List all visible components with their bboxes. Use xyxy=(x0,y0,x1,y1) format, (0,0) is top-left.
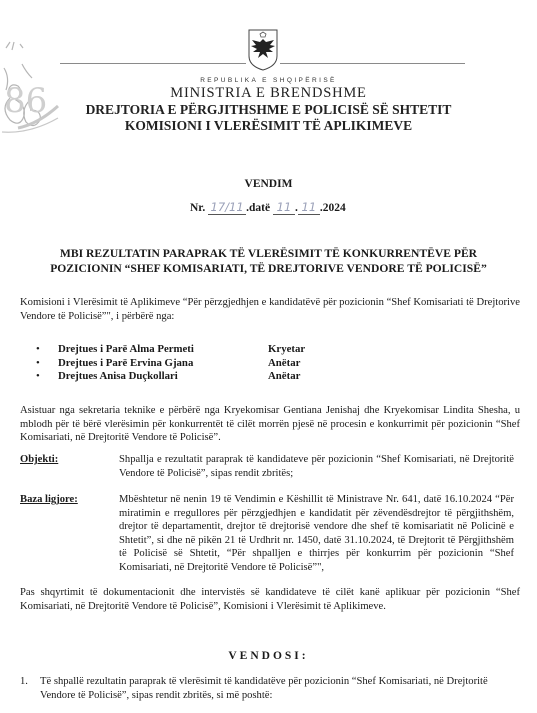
member-name: Drejtues i Parë Alma Permeti xyxy=(58,343,268,357)
member-name: Drejtues i Parë Ervina Gjana xyxy=(58,357,268,371)
decision-item-number: 1. xyxy=(20,675,40,702)
legal-basis-text: Mbështetur në nenin 19 të Vendimin e Kës… xyxy=(119,493,514,574)
assisted-paragraph: Asistuar nga sekretaria teknike e përbër… xyxy=(20,404,520,445)
letterhead-rule-right xyxy=(280,63,465,64)
letterhead-directorate: DREJTORIA E PËRGJITHSHME E POLICISË SË S… xyxy=(0,103,537,117)
decision-title: VENDIM xyxy=(0,178,537,190)
member-item: • Drejtues i Parë Alma Permeti Kryetar xyxy=(36,343,436,357)
date-label: .datë xyxy=(246,202,270,214)
legal-basis-section: Baza ligjore: Mbështetur në nenin 19 të … xyxy=(20,493,520,574)
legal-basis-label: Baza ligjore: xyxy=(20,493,119,574)
member-role: Anëtar xyxy=(268,370,300,384)
member-role: Anëtar xyxy=(268,357,300,371)
commission-members-list: • Drejtues i Parë Alma Permeti Kryetar •… xyxy=(36,343,436,384)
member-name: Drejtues Anisa Duçkollari xyxy=(58,370,268,384)
bullet-icon: • xyxy=(36,343,58,357)
bullet-icon: • xyxy=(36,370,58,384)
intro-paragraph: Komisioni i Vlerësimit të Aplikimeve “Pë… xyxy=(20,296,520,323)
letterhead-republika: REPUBLIKA E SHQIPËRISË xyxy=(0,78,537,85)
letterhead-rule-left xyxy=(60,63,246,64)
albanian-eagle-crest-icon xyxy=(247,28,279,72)
objekti-text: Shpallja e rezultatit paraprak të kandid… xyxy=(119,453,514,480)
review-paragraph: Pas shqyrtimit të dokumentacionit dhe in… xyxy=(20,586,520,613)
vendosi-heading: VENDOSI: xyxy=(0,650,537,662)
decision-item: 1. Të shpallë rezultatin paraprak të vle… xyxy=(20,675,520,702)
decision-subject: MBI REZULTATIN PARAPRAK TË VLERËSIMIT TË… xyxy=(0,246,537,276)
letterhead-commission: KOMISIONI I VLERËSIMIT TË APLIKIMEVE xyxy=(0,119,537,133)
handwritten-date-day: 11 xyxy=(273,200,295,215)
handwritten-date-month: 11 xyxy=(298,200,320,215)
handwritten-decision-number: 17/11 xyxy=(208,200,246,215)
subject-line-2: POZICIONIN “SHEF KOMISARIATI, TË DREJTOR… xyxy=(0,261,537,276)
member-item: • Drejtues i Parë Ervina Gjana Anëtar xyxy=(36,357,436,371)
objekti-label: Objekti: xyxy=(20,453,119,480)
objekti-section: Objekti: Shpallja e rezultatit paraprak … xyxy=(20,453,520,480)
member-item: • Drejtues Anisa Duçkollari Anëtar xyxy=(36,370,436,384)
date-year: .2024 xyxy=(320,202,346,214)
letterhead-ministry: MINISTRIA E BRENDSHME xyxy=(0,86,537,101)
nr-label: Nr. xyxy=(190,202,205,214)
bullet-icon: • xyxy=(36,357,58,371)
decision-number-line: Nr. 17/11.datë 11.11.2024 xyxy=(190,200,346,215)
subject-line-1: MBI REZULTATIN PARAPRAK TË VLERËSIMIT TË… xyxy=(0,246,537,261)
decision-item-text: Të shpallë rezultatin paraprak të vlerës… xyxy=(40,675,520,702)
member-role: Kryetar xyxy=(268,343,305,357)
